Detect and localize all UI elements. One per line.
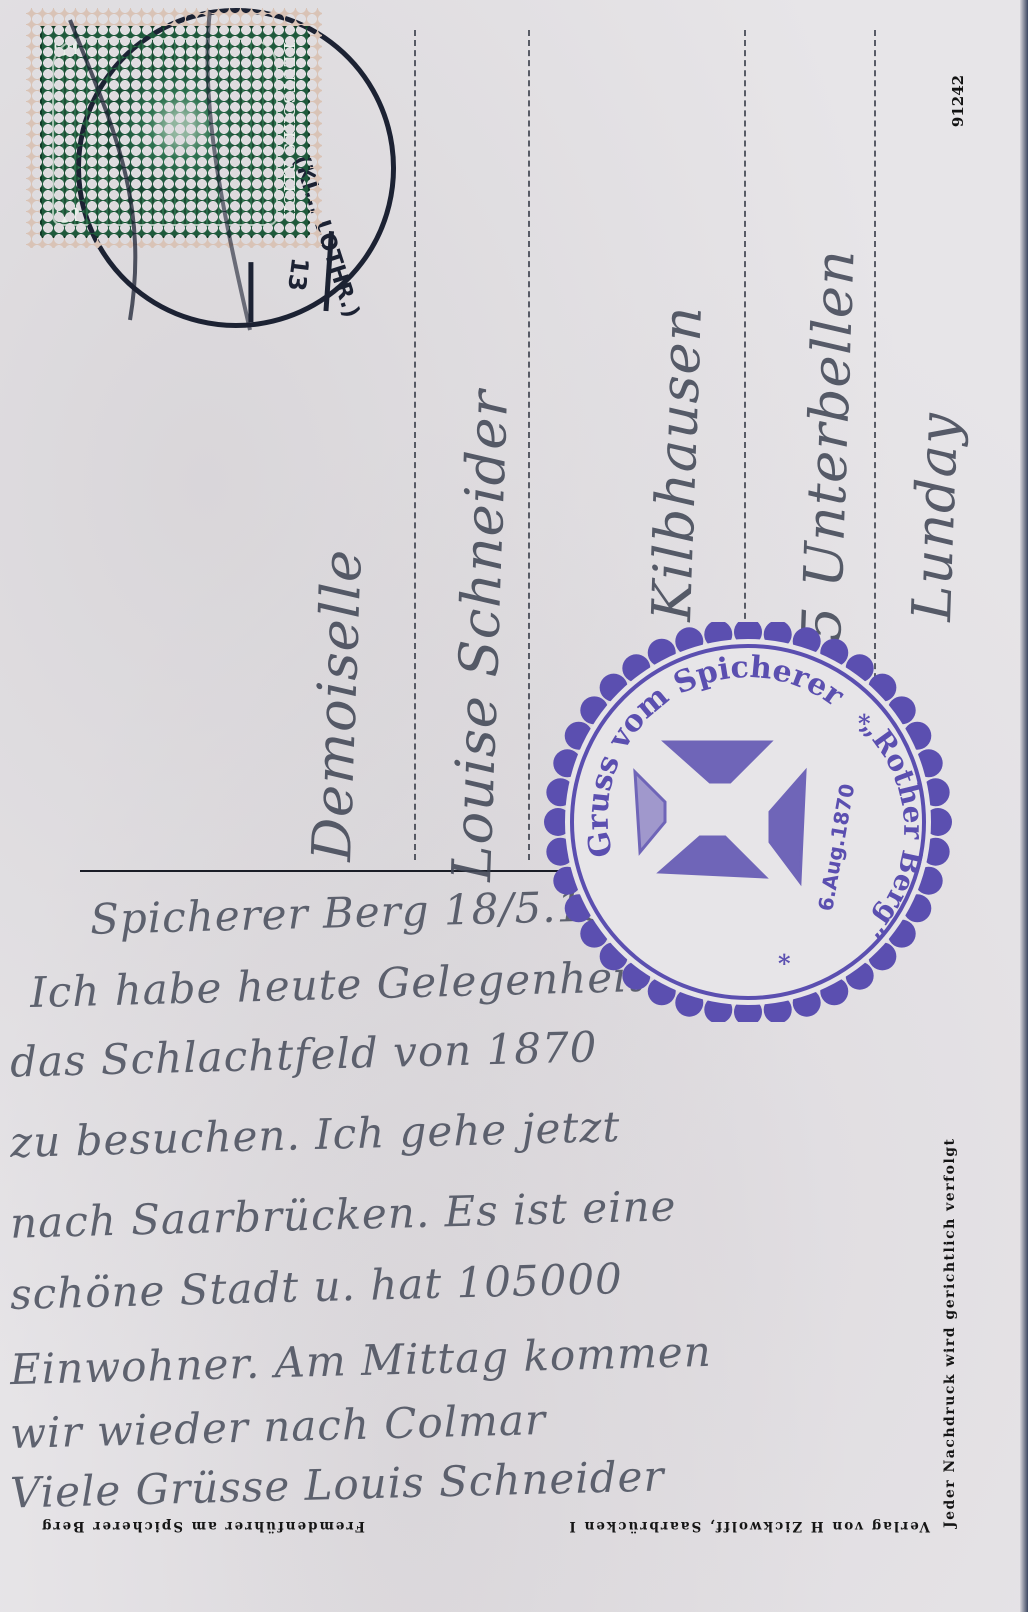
message-line: Viele Grüsse Louis Schneider bbox=[9, 1451, 665, 1517]
series-title: Fremdenführer am Spicherer Berg bbox=[40, 1518, 365, 1534]
germania-figure-icon bbox=[102, 68, 232, 198]
postmark-date: 13 bbox=[282, 256, 314, 293]
stamp-value: 5 bbox=[49, 204, 84, 225]
message-line: zu besuchen. Ich gehe jetzt bbox=[9, 1102, 620, 1167]
message-line: wir wieder nach Colmar bbox=[9, 1395, 546, 1458]
address-line-guide bbox=[414, 30, 416, 860]
publisher-footer: Verlag von H Zickwolff, Saarbrücken I Fr… bbox=[40, 1518, 930, 1534]
address-line: Lunday bbox=[900, 411, 970, 622]
address-line: Kilbhausen bbox=[640, 305, 714, 623]
address-line-guide bbox=[528, 30, 530, 860]
seal-separator: * bbox=[858, 709, 871, 738]
seal-separator: * bbox=[778, 949, 791, 978]
address-line: 5 Unterbellen bbox=[790, 248, 867, 642]
stamp-value: 5 bbox=[47, 37, 82, 58]
seal-graphic: Gruss vom Spicherer Berg „Rother Berg“ *… bbox=[540, 622, 960, 1022]
card-serial-number: 91242 bbox=[949, 75, 967, 127]
publisher-name: Verlag von H Zickwolff, Saarbrücken I bbox=[567, 1518, 930, 1534]
postcard-back: (KI... LOTHR.) 13 5 5 DEUTSCHES REICH 91… bbox=[0, 0, 1028, 1612]
message-line: Einwohner. Am Mittag kommen bbox=[9, 1327, 712, 1394]
postage-stamp: 5 5 DEUTSCHES REICH bbox=[26, 8, 322, 248]
message-line: Spicherer Berg 18/5.13 bbox=[89, 881, 612, 944]
message-line: schöne Stadt u. hat 105000 bbox=[9, 1254, 623, 1319]
copyright-notice: Jeder Nachdruck wird gerichtlich verfolg… bbox=[942, 1137, 958, 1528]
message-line: nach Saarbrücken. Es ist eine bbox=[9, 1181, 677, 1247]
postmark-bar bbox=[248, 262, 253, 322]
address-line: Louise Schneider bbox=[440, 389, 520, 883]
stamp-country: DEUTSCHES REICH bbox=[280, 36, 298, 226]
message-line: das Schlachtfeld von 1870 bbox=[9, 1022, 598, 1086]
commemorative-seal: Gruss vom Spicherer Berg „Rother Berg“ *… bbox=[540, 622, 960, 1022]
address-line: Demoiselle bbox=[300, 548, 374, 862]
stamp-design: 5 5 DEUTSCHES REICH bbox=[40, 26, 310, 238]
